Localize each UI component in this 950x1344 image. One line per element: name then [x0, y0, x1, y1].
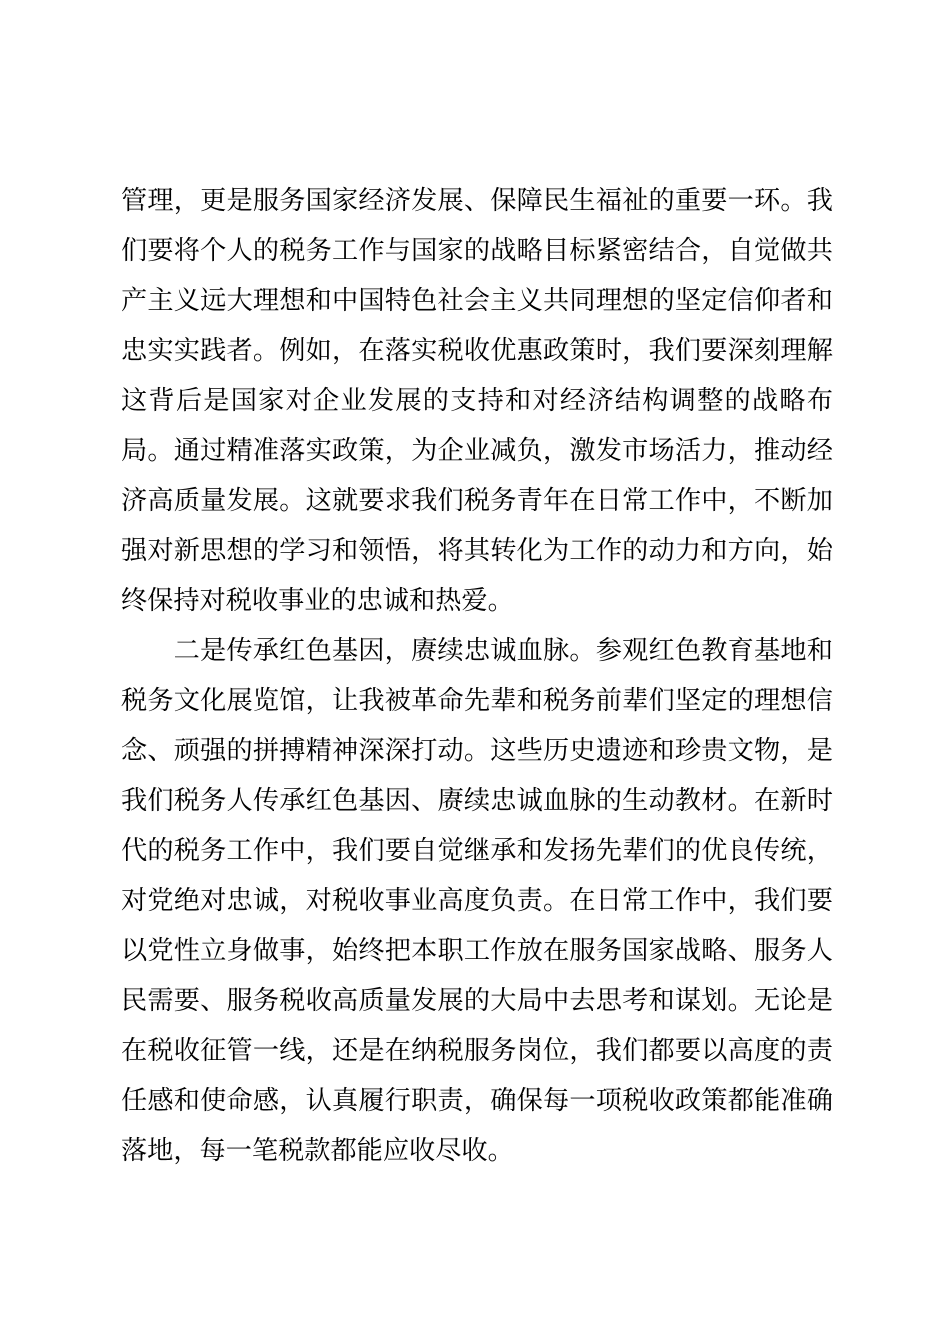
text-line: 们要将个人的税务工作与国家的战略目标紧密结合，自觉做共 [121, 225, 833, 275]
document-body: 管理，更是服务国家经济发展、保障民生福祉的重要一环。我们要将个人的税务工作与国家… [121, 175, 833, 1175]
text-line: 代的税务工作中，我们要自觉继承和发扬先辈们的优良传统， [121, 825, 833, 875]
text-line: 念、顽强的拼搏精神深深打动。这些历史遗迹和珍贵文物，是 [121, 725, 833, 775]
text-line: 产主义远大理想和中国特色社会主义共同理想的坚定信仰者和 [121, 275, 833, 325]
document-page: 管理，更是服务国家经济发展、保障民生福祉的重要一环。我们要将个人的税务工作与国家… [0, 0, 950, 1344]
text-line: 终保持对税收事业的忠诚和热爱。 [121, 575, 833, 625]
text-line: 局。通过精准落实政策，为企业减负，激发市场活力，推动经 [121, 425, 833, 475]
text-line: 忠实实践者。例如，在落实税收优惠政策时，我们要深刻理解 [121, 325, 833, 375]
text-line: 济高质量发展。这就要求我们税务青年在日常工作中，不断加 [121, 475, 833, 525]
text-line: 民需要、服务税收高质量发展的大局中去思考和谋划。无论是 [121, 975, 833, 1025]
text-line: 对党绝对忠诚，对税收事业高度负责。在日常工作中，我们要 [121, 875, 833, 925]
text-line: 这背后是国家对企业发展的支持和对经济结构调整的战略布 [121, 375, 833, 425]
text-line: 落地，每一笔税款都能应收尽收。 [121, 1125, 833, 1175]
text-line: 税务文化展览馆，让我被革命先辈和税务前辈们坚定的理想信 [121, 675, 833, 725]
text-line: 强对新思想的学习和领悟，将其转化为工作的动力和方向，始 [121, 525, 833, 575]
text-line: 任感和使命感，认真履行职责，确保每一项税收政策都能准确 [121, 1075, 833, 1125]
text-line: 我们税务人传承红色基因、赓续忠诚血脉的生动教材。在新时 [121, 775, 833, 825]
text-line: 在税收征管一线，还是在纳税服务岗位，我们都要以高度的责 [121, 1025, 833, 1075]
text-line: 二是传承红色基因，赓续忠诚血脉。参观红色教育基地和 [121, 625, 833, 675]
text-line: 以党性立身做事，始终把本职工作放在服务国家战略、服务人 [121, 925, 833, 975]
text-line: 管理，更是服务国家经济发展、保障民生福祉的重要一环。我 [121, 175, 833, 225]
